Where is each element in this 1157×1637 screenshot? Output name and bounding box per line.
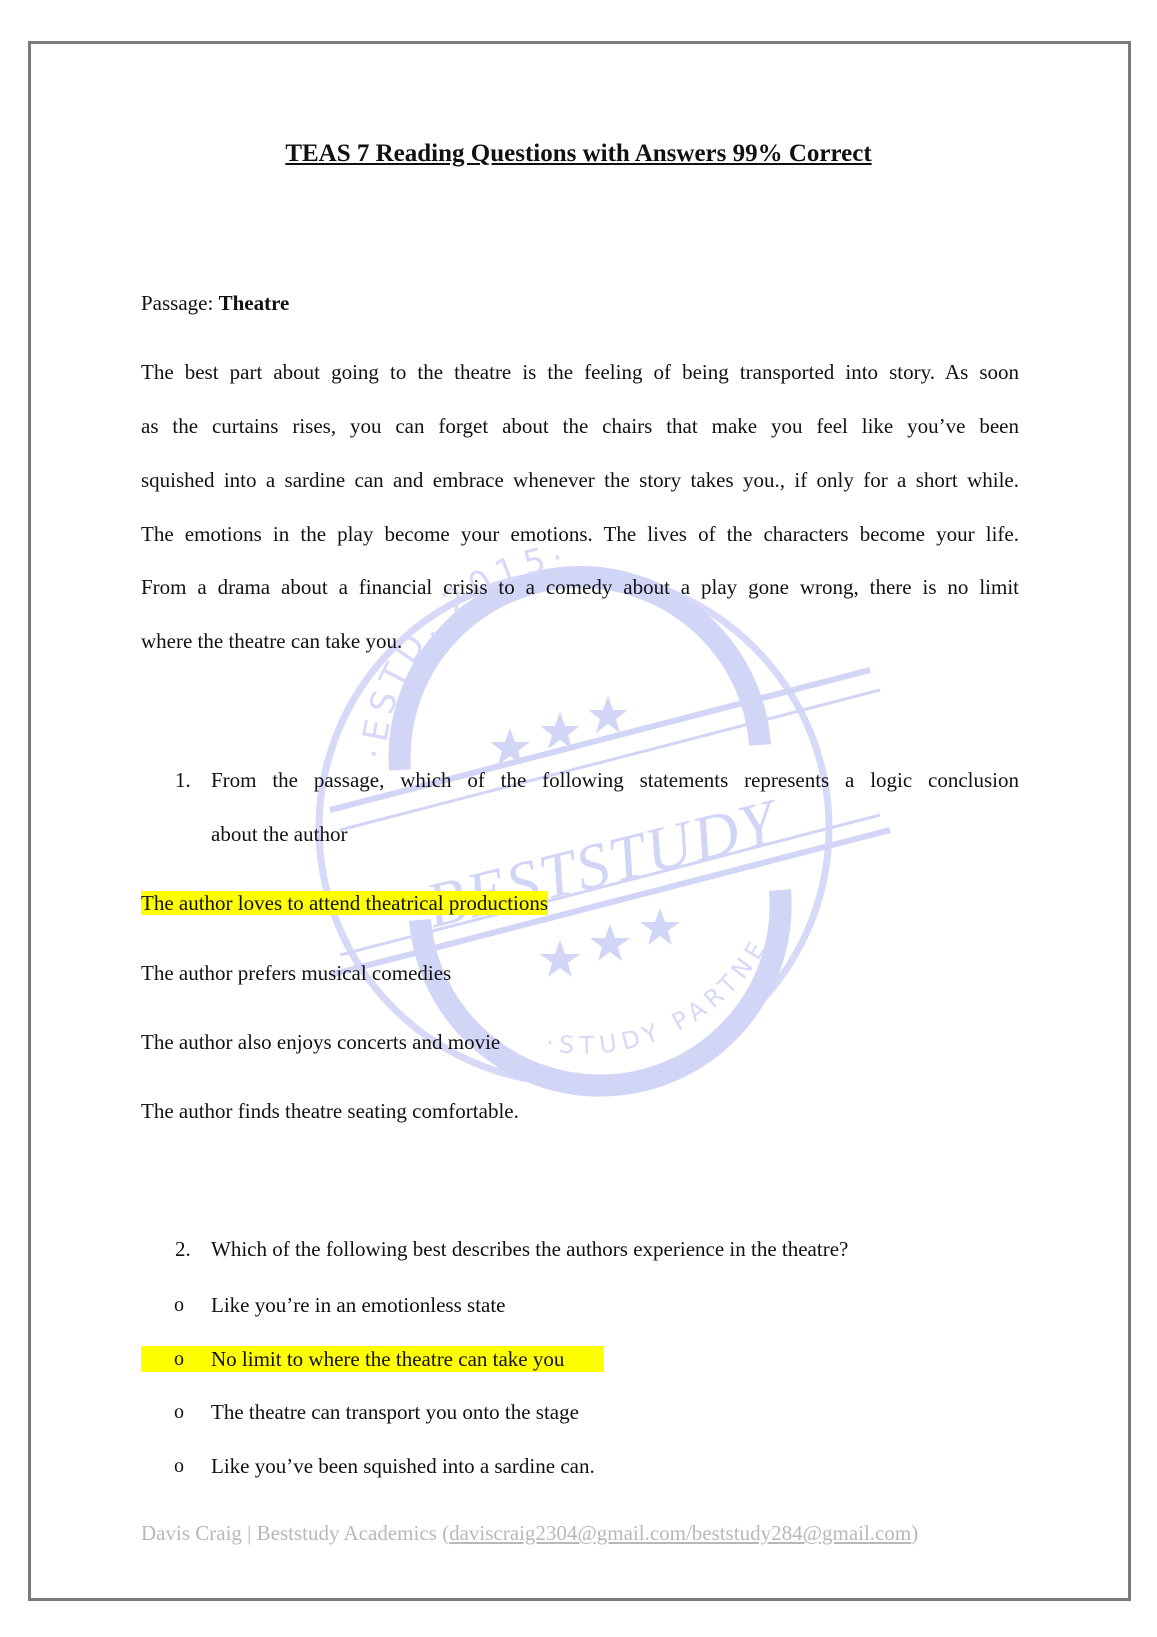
passage-line: From a drama about a financial crisis to… xyxy=(141,574,1019,600)
bullet-circle-icon: o xyxy=(174,1453,184,1479)
bullet-circle-icon: o xyxy=(174,1346,184,1372)
passage-line: where the theatre can take you. xyxy=(141,628,402,654)
footer-separator: | xyxy=(247,1521,251,1545)
page-footer: Davis Craig | Beststudy Academics (davis… xyxy=(141,1521,918,1546)
question-2-number: 2. xyxy=(175,1236,191,1262)
question-1-text: From the passage, which of the following… xyxy=(211,767,1019,793)
bullet-circle-icon: o xyxy=(174,1292,184,1318)
passage-line: as the curtains rises, you can forget ab… xyxy=(141,413,1019,439)
q2-option-b[interactable]: No limit to where the theatre can take y… xyxy=(211,1346,564,1372)
question-2-text: Which of the following best describes th… xyxy=(211,1236,848,1262)
q1-option-a-text: The author loves to attend theatrical pr… xyxy=(141,891,548,915)
q1-option-b[interactable]: The author prefers musical comedies xyxy=(141,960,451,986)
q2-option-c[interactable]: The theatre can transport you onto the s… xyxy=(211,1399,579,1425)
q1-option-c[interactable]: The author also enjoys concerts and movi… xyxy=(141,1029,500,1055)
passage-line: The emotions in the play become your emo… xyxy=(141,521,1019,547)
footer-author: Davis Craig xyxy=(141,1521,242,1545)
document-title: TEAS 7 Reading Questions with Answers 99… xyxy=(0,140,1157,168)
q1-option-c-text: The author also enjoys concerts and movi… xyxy=(141,1030,500,1054)
passage-heading: Passage: Theatre xyxy=(141,290,289,316)
q1-option-a[interactable]: The author loves to attend theatrical pr… xyxy=(141,890,548,916)
passage-line: The best part about going to the theatre… xyxy=(141,359,1019,385)
question-1-text-cont: about the author xyxy=(211,821,347,847)
q1-option-d-text: The author finds theatre seating comfort… xyxy=(141,1099,519,1123)
q2-option-a[interactable]: Like you’re in an emotionless state xyxy=(211,1292,506,1318)
footer-org: Beststudy Academics xyxy=(257,1521,437,1545)
footer-email-link[interactable]: daviscraig2304@gmail.com/beststudy284@gm… xyxy=(449,1521,911,1545)
question-1-number: 1. xyxy=(175,767,191,793)
q1-option-b-text: The author prefers musical comedies xyxy=(141,961,451,985)
passage-name: Theatre xyxy=(219,291,290,315)
passage-line: squished into a sardine can and embrace … xyxy=(141,467,1019,493)
footer-close-paren: ) xyxy=(911,1521,918,1545)
q2-option-d[interactable]: Like you’ve been squished into a sardine… xyxy=(211,1453,595,1479)
passage-label: Passage: xyxy=(141,291,213,315)
q1-option-d[interactable]: The author finds theatre seating comfort… xyxy=(141,1098,519,1124)
bullet-circle-icon: o xyxy=(174,1399,184,1425)
